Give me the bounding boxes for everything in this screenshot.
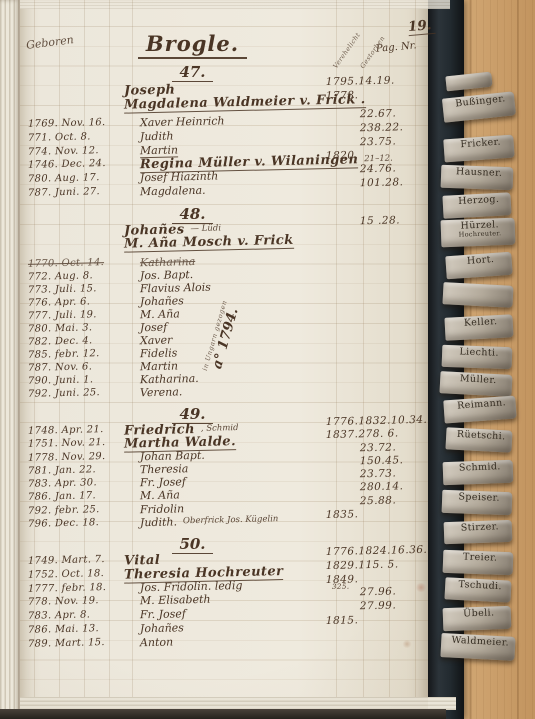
index-tab: Hürzel. Hochreuter. (441, 218, 516, 248)
entry-page-numbers: 1849.325. (326, 573, 359, 591)
entry-date: 776. Apr. 6. (28, 295, 138, 308)
entry-date: 772. Aug. 8. (28, 269, 138, 282)
entry-name: Judith (140, 129, 180, 143)
index-tab-label: Bußinger. (450, 94, 511, 111)
entry-annotation: Oberfrick Jos. Kügelin (183, 514, 279, 526)
entry-name: Fr. Josef (140, 607, 192, 621)
index-tab-label: Waldmeier. (449, 635, 511, 649)
index-tab-label: Tschudi. (453, 580, 507, 593)
page-number: 19. (407, 17, 435, 36)
index-tab: Herzog. (442, 192, 511, 219)
entry-page-numbers: 280.14. (360, 481, 404, 491)
section-entries: 1748. Apr. 21. Friedrich, Schmid 1776.18… (20, 426, 428, 532)
entry-page-numbers: 1837.278. 6. (326, 428, 399, 439)
entry-name: M. Aña Mosch v. Frick (124, 233, 300, 252)
entry-date: 781. Jan. 22. (28, 463, 138, 476)
entry-date: 785. febr. 12. (28, 347, 138, 360)
index-tab: Liechti. (442, 345, 513, 369)
index-tab: Fricker. (443, 135, 514, 163)
index-tab: Speiser. (442, 490, 513, 515)
entry-page-numbers: 101.28. (360, 177, 404, 187)
entry-page-numbers: 1815. (326, 614, 359, 624)
index-tab: Müller. (439, 371, 512, 397)
entry-date: 780. Mai. 3. (28, 321, 138, 334)
entry-page-numbers: 15 .28. (360, 214, 400, 224)
entry-date: 787. Nov. 6. (28, 360, 138, 373)
entry-page-numbers: 238.22. (360, 121, 404, 131)
index-tab-label: Übeli. (451, 608, 507, 620)
index-tab-label: Rüetschi. (454, 430, 508, 443)
entry-name: Verena. (140, 385, 189, 399)
index-tab-label: Keller. (453, 316, 509, 329)
entry-page-numbers: 150.45. (360, 454, 404, 464)
entry-date: 1748. Apr. 21. (28, 423, 138, 436)
entry-name: Theresia (140, 462, 195, 476)
index-tab-label: Hausner. (449, 167, 509, 180)
index-tab-label: Hort. (453, 254, 508, 268)
index-tab-label (454, 74, 488, 78)
entry-date: 789. Mart. 15. (28, 636, 138, 649)
index-tab-label: Speiser. (450, 492, 508, 504)
entry-date: 771. Oct. 8. (28, 130, 138, 143)
entry-name: Josef (140, 321, 174, 335)
entry-name: Martin (140, 359, 184, 373)
index-tab: Hausner. (441, 165, 514, 190)
entry-name: Xaver (140, 333, 179, 347)
entry-date: 792. Juni. 25. (28, 386, 138, 399)
register-book-photo: Geboren Brogle. Verehelicht Gestorben Pa… (0, 0, 535, 719)
entry-name: Josef Hiazinth (140, 170, 225, 185)
entry-page-numbers: 1820. (326, 150, 359, 160)
entry-date: 1749. Mart. 7. (28, 553, 138, 566)
family-title: Brogle. (20, 31, 365, 56)
entry-date: 783. Apr. 8. (28, 609, 138, 622)
entry-date: 773. Juli. 15. (28, 282, 138, 295)
index-tab: Hort. (445, 252, 512, 280)
book-bottom-shadow (0, 709, 446, 719)
entry-name: M. Aña (140, 489, 186, 503)
entry-page-numbers: 23.75. (360, 135, 397, 145)
entry-page-numbers: 23.73. (360, 468, 397, 478)
entry-date: 1770. Oct. 14. (28, 256, 138, 269)
entry-page-numbers: 1829.115. 5. (326, 558, 399, 569)
entry-date: 1751. Nov. 21. (28, 437, 138, 450)
entry-page-numbers: 1776.1832.10.34. (326, 414, 428, 425)
entry-date: 792. febr. 25. (28, 503, 138, 516)
entry-date: 1746. Dec. 24. (28, 158, 138, 171)
index-tab-label: Liechti. (450, 347, 508, 359)
entry-date: 1752. Oct. 18. (28, 567, 138, 580)
index-tab: Tschudi. (444, 577, 511, 602)
entry-page-numbers: 1778. (326, 89, 359, 99)
entry-date: 1777. febr. 18. (28, 581, 138, 594)
entry-page-numbers: 27.99. (360, 600, 397, 610)
register-page: Geboren Brogle. Verehelicht Gestorben Pa… (20, 0, 428, 719)
entry-name: Johañes (140, 621, 190, 635)
entry-date: 786. Jan. 17. (28, 490, 138, 503)
entry-date: 790. Juni. 1. (28, 373, 138, 386)
entry-name: Fridolin (140, 502, 190, 516)
entry-date: 782. Dec. 4. (28, 334, 138, 347)
page-stack-edge (0, 0, 20, 719)
entry-annotation: — Lüdi (190, 223, 221, 234)
index-tab-sublabel (452, 284, 510, 287)
entry-name: Xaver Heinrich (140, 114, 231, 129)
entry-name: Fidelis (140, 346, 184, 360)
entry-date (28, 83, 138, 85)
entry-page-numbers: 1776.1824.16.36. (326, 544, 428, 555)
entry-date: 1778. Nov. 29. (28, 450, 138, 463)
entry-date: 777. Juli. 19. (28, 308, 138, 321)
entry-name: M. Elisabeth (140, 593, 217, 608)
index-tab-label (452, 285, 510, 288)
index-tab-label: Müller. (448, 374, 508, 388)
entry-page-numbers: 27.96. (360, 586, 397, 596)
index-tab: Übeli. (443, 606, 512, 631)
entry-page-numbers: 1795.14.19. (326, 74, 395, 85)
index-tab (442, 282, 513, 308)
entry-name: Judith.Oberfrick Jos. Kügelin (140, 513, 279, 529)
entry-name: Johan Bapt. (140, 448, 211, 463)
index-tab: Schmid. (443, 460, 514, 485)
index-tab-label: Stirzer. (452, 522, 508, 534)
entry-page-numbers: 25.88. (360, 494, 397, 504)
entry-date: 1769. Nov. 16. (28, 116, 138, 129)
index-tab: Rüetschi. (445, 427, 512, 452)
index-tab-sublabel: Hochreuter. (449, 229, 511, 239)
index-tab: Stirzer. (444, 520, 513, 544)
entry-date: 787. Juni. 27. (28, 186, 138, 199)
entry-name: Johañes (140, 294, 190, 308)
entry-name: Anton (140, 635, 179, 649)
entry-page-numbers: 23.72. (360, 441, 397, 451)
entry-page-numbers: 24.76. (360, 163, 397, 173)
entry-date (28, 223, 138, 225)
index-tab-label: Reimann. (451, 398, 512, 413)
section-entries: Joseph 1795.14.19. Magdalena Waldmeier v… (20, 86, 428, 202)
index-tab-label: Fricker. (451, 137, 510, 151)
entry-date: 780. Aug. 17. (28, 172, 138, 185)
entry-name: Magdalena. (140, 184, 212, 199)
index-tab-label: Schmid. (451, 462, 509, 474)
entry-name: Martin (140, 143, 184, 157)
entry-date: 796. Dec. 18. (28, 516, 138, 529)
entry-date: 778. Nov. 19. (28, 595, 138, 608)
entry-annotation: , Schmid (201, 423, 239, 434)
index-tab: Reimann. (443, 396, 516, 424)
section-entries: 1749. Mart. 7. Vital 1776.1824.16.36. 17… (20, 556, 428, 653)
entry-page-numbers: 22.67. (360, 107, 397, 117)
column-header-page-nr: Pag. Nr. (376, 40, 417, 54)
entry-name: M. Aña (140, 307, 186, 321)
entry-page-numbers: 1835. (326, 508, 359, 518)
entry-date: 783. Apr. 30. (28, 477, 138, 490)
index-tab: Waldmeier. (440, 633, 515, 661)
index-tab-label: Treier. (451, 552, 509, 564)
entry-date: 774. Nov. 12. (28, 144, 138, 157)
index-tab: Treier. (443, 550, 514, 575)
index-tab: Keller. (444, 314, 513, 341)
section-number: 47. (20, 62, 365, 81)
entry-date: 786. Mai. 13. (28, 622, 138, 635)
index-tab-label: Herzog. (451, 194, 507, 207)
